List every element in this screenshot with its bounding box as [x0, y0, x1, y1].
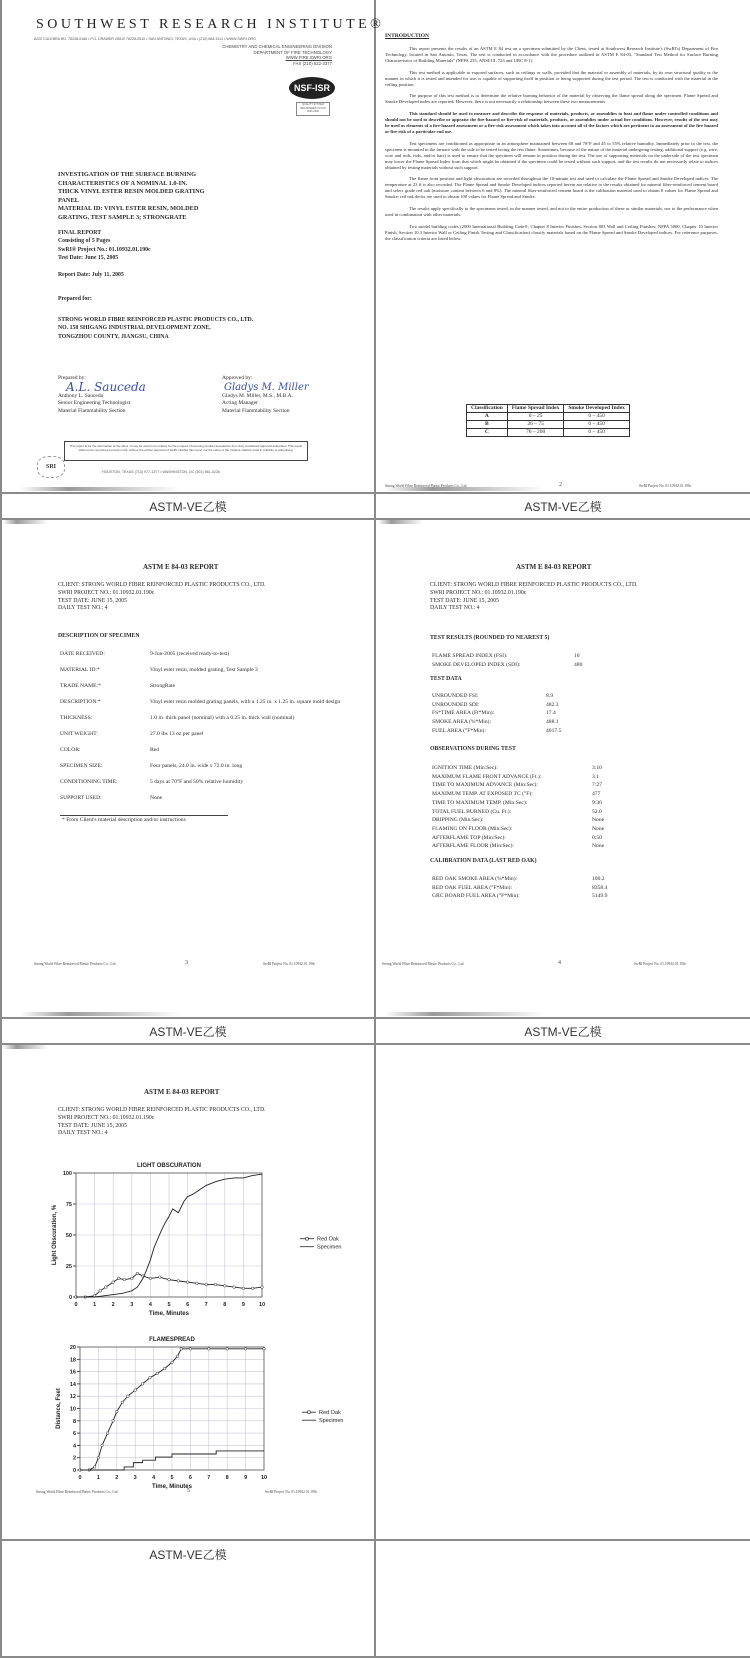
office-locations: HOUSTON, TEXAS (713) 977-1377 • WASHINGT… [102, 470, 220, 474]
header-line: CLIENT: STRONG WORLD FIBRE REINFORCED PL… [430, 582, 638, 590]
page-footer-right: SwRI Project No. 01.10932.01.190c [263, 962, 315, 966]
table-row: MAXIMUM FLAME FRONT ADVANCE (Ft.):3.1 [432, 774, 604, 781]
field-label: FLAME SPREAD INDEX (FSI): [432, 653, 572, 660]
approved-by-block: Approved by: Gladys M. Miller Gladys M. … [222, 375, 309, 415]
report-page-4[interactable]: ASTM E 84-03 REPORT CLIENT: STRONG WORLD… [376, 520, 750, 1016]
svg-text:3: 3 [134, 1475, 137, 1481]
field-value: 477 [592, 791, 604, 798]
section-heading: OBSERVATIONS DURING TEST [430, 746, 516, 753]
report-header: CLIENT: STRONG WORLD FIBRE REINFORCED PL… [58, 582, 266, 613]
client-line: TONGZHOU COUNTY, JIANGSU, CHINA [58, 333, 253, 341]
signer-name: Gladys M. Miller, M.S., M.B.A. [222, 393, 309, 400]
thumbnail-caption[interactable]: ASTM-VE乙模 [2, 1541, 374, 1569]
field-label: AFTERFLAME FLOOR (Min:Sec): [432, 843, 590, 850]
column-header: Classification [467, 405, 508, 413]
svg-text:10: 10 [261, 1475, 267, 1481]
info-line: Consisting of 5 Pages [58, 237, 151, 245]
svg-text:0: 0 [69, 1295, 72, 1301]
observations-table: IGNITION TIME (Min:Sec):3:10MAXIMUM FLAM… [430, 763, 606, 852]
title-line: THICK VINYL ESTER RESIN MOLDED GRATING [58, 188, 205, 197]
svg-text:50: 50 [66, 1233, 72, 1239]
field-label: MAXIMUM TEMP. AT EXPOSED TC (°F): [432, 791, 590, 798]
svg-text:7: 7 [205, 1302, 208, 1308]
field-label: DRIPPING (Min:Sec): [432, 817, 590, 824]
paragraph: The results apply specifically to the sp… [385, 206, 718, 218]
section-heading: TEST DATA [430, 676, 462, 683]
svg-text:Light Obscuration, %: Light Obscuration, % [52, 1204, 58, 1265]
signature: A.L. Sauceda [66, 384, 146, 391]
table-cell: B [467, 421, 508, 429]
svg-text:Time, Minutes: Time, Minutes [149, 1311, 190, 1317]
classification-table: Classification Flame Spread Index Smoke … [466, 404, 630, 437]
field-value: None [150, 795, 341, 809]
table-row: A 0 – 25 0 – 450 [467, 413, 630, 421]
page-footer-left: Strong World Fibre Reinforced Plastic Pr… [385, 484, 467, 488]
table-cell: 0 – 450 [564, 413, 630, 421]
thumbnail-caption[interactable]: ASTM-VE乙模 [376, 1018, 750, 1046]
svg-text:6: 6 [186, 1302, 189, 1308]
field-value: 9-Jun-2005 (received ready-to-test) [150, 651, 341, 665]
field-value: 10 [574, 653, 582, 660]
report-page-2[interactable]: INTRODUCTION This report presents the re… [376, 0, 750, 490]
fax: FAX (210) 522-3377 [222, 61, 332, 67]
thumbnail-caption[interactable]: ASTM-VE乙模 [376, 493, 750, 521]
svg-text:Specimen: Specimen [317, 1245, 341, 1251]
info-line: Test Date: June 15, 2005 [58, 254, 151, 262]
page-footer-right: SwRI Project No. 01.10932.01.190c [639, 484, 691, 488]
table-row: UNROUNDED FSI:8.9 [432, 693, 561, 700]
page-heading: ASTM E 84-03 REPORT [143, 563, 218, 572]
field-label: SMOKE DEVELOPED INDEX (SDI): [432, 662, 572, 669]
signer-title: Acting Manager [222, 400, 309, 407]
svg-text:FLAMESPREAD: FLAMESPREAD [149, 1337, 195, 1343]
field-label: CONDITIONING TIME: [60, 779, 148, 793]
field-value: None [592, 817, 604, 824]
table-row: DESCRIPTION:*Vinyl ester resin molded gr… [60, 699, 341, 713]
thumbnail-caption[interactable]: ASTM-VE乙模 [2, 493, 374, 521]
report-header: CLIENT: STRONG WORLD FIBRE REINFORCED PL… [58, 1107, 266, 1138]
field-value: 488.1 [546, 719, 561, 726]
svg-text:1: 1 [93, 1302, 96, 1308]
field-label: SUPPORT USED: [60, 795, 148, 809]
field-label: RED OAK FUEL AREA (°F*Min): [432, 885, 590, 892]
field-label: TOTAL FUEL BURNED (Cu. Ft.): [432, 809, 590, 816]
field-label: MAXIMUM FLAME FRONT ADVANCE (Ft.): [432, 774, 590, 781]
svg-text:0: 0 [78, 1475, 81, 1481]
column-header: Flame Spread Index [507, 405, 564, 413]
report-header: CLIENT: STRONG WORLD FIBRE REINFORCED PL… [430, 582, 638, 613]
intro-body: This report presents the results of an A… [385, 46, 718, 248]
table-row: FS*TIME AREA (Ft*Min):17.4 [432, 710, 561, 717]
table-cell: 0 – 25 [507, 413, 564, 421]
report-page-1[interactable]: SOUTHWEST RESEARCH INSTITUTE® 6220 CULEB… [2, 0, 374, 490]
svg-text:8: 8 [226, 1475, 229, 1481]
svg-text:75: 75 [66, 1202, 72, 1208]
svg-text:12: 12 [70, 1394, 76, 1400]
signature: Gladys M. Miller [224, 384, 309, 391]
table-row: AFTERFLAME TOP (Min:Sec):0:50 [432, 835, 604, 842]
table-cell: 0 – 450 [564, 429, 630, 437]
paragraph: Two model building codes (2000 Internati… [385, 224, 718, 242]
field-value: Vinyl ester resin, molded grating, Test … [150, 667, 341, 681]
field-value: 480 [574, 662, 582, 669]
table-row: MAXIMUM TEMP. AT EXPOSED TC (°F):477 [432, 791, 604, 798]
section-heading: INTRODUCTION [385, 33, 429, 40]
field-value: 17.4 [546, 710, 561, 717]
field-value: 100.2 [592, 876, 607, 883]
field-label: IGNITION TIME (Min:Sec): [432, 765, 590, 772]
field-label: DESCRIPTION:* [60, 699, 148, 713]
field-label: UNROUNDED SDI: [432, 702, 544, 709]
table-row: AFTERFLAME FLOOR (Min:Sec):None [432, 843, 604, 850]
title-line: MATERIAL ID: VINYL ESTER RESIN, MOLDED [58, 205, 205, 214]
flamespread-chart: FLAMESPREAD01234567891002468101214161820… [32, 1335, 352, 1505]
svg-text:2: 2 [115, 1475, 118, 1481]
footnote: * From Client's material description and… [62, 817, 186, 824]
field-value: 1.0 in. thick panel (nominal) with a 0.2… [150, 715, 341, 729]
section-heading: CALIBRATION DATA (LAST RED OAK) [430, 858, 537, 865]
calibration-table: RED OAK SMOKE AREA (%*Min):100.2RED OAK … [430, 874, 609, 902]
page-number: 2 [559, 482, 562, 490]
table-row: DATE RECEIVED:9-Jun-2005 (received ready… [60, 651, 341, 665]
svg-text:LIGHT OBSCURATION: LIGHT OBSCURATION [137, 1163, 201, 1169]
logo-subtext: QUALITY SYSTEM REGISTERED TO ISO 9001:20… [296, 102, 330, 116]
svg-text:Distance, Feet: Distance, Feet [56, 1388, 62, 1429]
field-value: 7:27 [592, 782, 604, 789]
paragraph: Test specimens are conditioned as approp… [385, 141, 718, 171]
table-row: GRC BOARD FUEL AREA (°F*Min):5149.9 [432, 893, 607, 900]
header-line: DAILY TEST NO.: 4 [58, 605, 266, 613]
table-header-row: Classification Flame Spread Index Smoke … [467, 405, 630, 413]
table-row: SPECIMEN SIZE:Four panels, 24.0 in. wide… [60, 763, 341, 777]
field-label: FLAMING ON FLOOR (Min:Sec): [432, 826, 590, 833]
field-label: AFTERFLAME TOP (Min:Sec): [432, 835, 590, 842]
svg-text:6: 6 [73, 1431, 76, 1437]
svg-text:9: 9 [244, 1475, 247, 1481]
svg-text:Red Oak: Red Oak [317, 1237, 339, 1243]
report-page-5[interactable]: ASTM E 84-03 REPORT CLIENT: STRONG WORLD… [2, 1045, 374, 1537]
table-row: TOTAL FUEL BURNED (Cu. Ft.):52.0 [432, 809, 604, 816]
prepared-for-label: Prepared for: [58, 296, 92, 303]
table-cell: C [467, 429, 508, 437]
table-row: COLOR:Red [60, 747, 341, 761]
header-line: TEST DATE: JUNE 15, 2005 [58, 1123, 266, 1131]
title-line: GRATING, TEST SAMPLE 3; STRONGRATE [58, 214, 205, 223]
prepared-by-block: Prepared by: A.L. Sauceda Anthony L. Sau… [58, 375, 146, 415]
field-value: None [592, 843, 604, 850]
field-value: 9:36 [592, 800, 604, 807]
info-line: FINAL REPORT [58, 229, 151, 237]
header-line: DAILY TEST NO.: 4 [58, 1130, 266, 1138]
svg-text:8: 8 [73, 1419, 76, 1425]
table-cell: 76 – 200 [507, 429, 564, 437]
org-address: 6220 CULEBRA RD. 78238-5166 • P.O. DRAWE… [34, 37, 256, 41]
table-row: FUEL AREA (°F*Min):4017.5 [432, 728, 561, 735]
field-label: THICKNESS: [60, 715, 148, 729]
svg-text:10: 10 [70, 1407, 76, 1413]
table-row: THICKNESS:1.0 in. thick panel (nominal) … [60, 715, 341, 729]
sri-logo-icon: SRI [37, 456, 65, 478]
column-header: Smoke Developed Index [564, 405, 630, 413]
page-heading: ASTM E 84-03 REPORT [144, 1088, 219, 1097]
table-row: C 76 – 200 0 – 450 [467, 429, 630, 437]
page-number: 5 [187, 1488, 190, 1496]
table-row: DRIPPING (Min:Sec):None [432, 817, 604, 824]
report-info: FINAL REPORT Consisting of 5 Pages SwRI®… [58, 229, 151, 262]
approved-by-label: Approved by: [222, 375, 309, 382]
field-label: UNIT WEIGHT: [60, 731, 148, 745]
header-line: SWRI PROJECT NO.: 01.10932.01.190c [430, 590, 638, 598]
table-cell: 0 – 450 [564, 421, 630, 429]
header-line: CLIENT: STRONG WORLD FIBRE REINFORCED PL… [58, 582, 266, 590]
field-label: TRADE NAME:* [60, 683, 148, 697]
field-label: COLOR: [60, 747, 148, 761]
page-footer-left: Strong World Fibre Reinforced Plastic Pr… [36, 1490, 118, 1494]
svg-text:8: 8 [223, 1302, 226, 1308]
light-obscuration-chart: LIGHT OBSCURATION0123456789100255075100T… [32, 1161, 352, 1321]
svg-text:16: 16 [70, 1370, 76, 1376]
svg-text:Red Oak: Red Oak [319, 1410, 341, 1416]
field-label: GRC BOARD FUEL AREA (°F*Min): [432, 893, 590, 900]
paragraph: The flame front position and light obscu… [385, 176, 718, 200]
svg-text:25: 25 [66, 1264, 72, 1270]
field-label: DATE RECEIVED: [60, 651, 148, 665]
paragraph: This standard should be used to measure … [385, 111, 718, 135]
field-value: 3:10 [592, 765, 604, 772]
report-page-3[interactable]: ASTM E 84-03 REPORT CLIENT: STRONG WORLD… [2, 520, 374, 1016]
field-value: 27.0 lbs 13 oz per panel [150, 731, 341, 745]
svg-text:0: 0 [73, 1468, 76, 1474]
svg-text:2: 2 [73, 1456, 76, 1462]
field-value: 3.1 [592, 774, 604, 781]
svg-text:7: 7 [207, 1475, 210, 1481]
nsf-isr-logo-icon: NSF-ISR [289, 77, 335, 99]
page-footer-left: Strong World Fibre Reinforced Plastic Pr… [382, 962, 464, 966]
svg-text:Specimen: Specimen [319, 1418, 343, 1424]
field-value: StrongRate [150, 683, 341, 697]
field-value: 482.3 [546, 702, 561, 709]
paragraph: This report presents the results of an A… [385, 46, 718, 64]
header-line: CLIENT: STRONG WORLD FIBRE REINFORCED PL… [58, 1107, 266, 1115]
page-footer-left: Strong World Fibre Reinforced Plastic Pr… [34, 962, 116, 966]
report-title: INVESTIGATION OF THE SURFACE BURNING CHA… [58, 171, 205, 223]
table-row: SMOKE DEVELOPED INDEX (SDI):480 [432, 662, 582, 669]
header-line: SWRI PROJECT NO.: 01.10932.01.190c [58, 1115, 266, 1123]
title-line: INVESTIGATION OF THE SURFACE BURNING [58, 171, 205, 180]
table-row: RED OAK FUEL AREA (°F*Min):8358.4 [432, 885, 607, 892]
field-value: 8358.4 [592, 885, 607, 892]
table-row: TIME TO MAXIMUM ADVANCE (Min:Sec):7:27 [432, 782, 604, 789]
table-row: TIME TO MAXIMUM TEMP. (Min:Sec):9:36 [432, 800, 604, 807]
svg-text:2: 2 [112, 1302, 115, 1308]
section-heading: TEST RESULTS (ROUNDED TO NEAREST 5) [430, 635, 549, 642]
field-value: 4017.5 [546, 728, 561, 735]
field-label: FS*TIME AREA (Ft*Min): [432, 710, 544, 717]
table-row: SUPPORT USED:None [60, 795, 341, 809]
org-title: SOUTHWEST RESEARCH INSTITUTE® [36, 16, 384, 34]
page-footer-right: SwRI Project No. 01.10932.01.190c [265, 1490, 317, 1494]
svg-text:4: 4 [152, 1475, 156, 1481]
signer-title: Senior Engineering Technologist [58, 400, 146, 407]
table-row: SMOKE AREA (%*Min):488.1 [432, 719, 561, 726]
svg-text:0: 0 [74, 1302, 77, 1308]
info-line: SwRI® Project No.: 01.10932.01.190c [58, 246, 151, 254]
table-cell: 26 – 75 [507, 421, 564, 429]
report-date: Report Date: July 11, 2005 [58, 272, 124, 279]
field-value: 5 days at 70°F and 50% relative humidity [150, 779, 341, 793]
field-label: TIME TO MAXIMUM TEMP. (Min:Sec): [432, 800, 590, 807]
paragraph: This test method is applicable to expose… [385, 70, 718, 88]
svg-text:14: 14 [70, 1382, 77, 1388]
field-value: Red [150, 747, 341, 761]
test-results-table: FLAME SPREAD INDEX (FSI):10SMOKE DEVELOP… [430, 651, 584, 670]
field-value: 0:50 [592, 835, 604, 842]
table-cell: A [467, 413, 508, 421]
field-label: FUEL AREA (°F*Min): [432, 728, 544, 735]
svg-text:4: 4 [149, 1302, 153, 1308]
title-line: CHARACTERISTICS OF A NOMINAL 1.0-IN. [58, 180, 205, 189]
header-line: TEST DATE: JUNE 15, 2005 [58, 598, 266, 606]
test-data-table: UNROUNDED FSI:8.9UNROUNDED SDI:482.3FS*T… [430, 691, 563, 737]
page-number: 3 [185, 960, 188, 968]
org-department: CHEMISTRY AND CHEMICAL ENGINEERING DIVIS… [222, 44, 332, 66]
svg-text:4: 4 [73, 1443, 77, 1449]
client-line: NO. 158 SHIGANG INDUSTRIAL DEVELOPMENT Z… [58, 324, 253, 332]
header-line: TEST DATE: JUNE 15, 2005 [430, 598, 638, 606]
disclaimer-box: This report is for the information of th… [64, 441, 308, 461]
thumbnail-caption[interactable]: ASTM-VE乙模 [2, 1018, 374, 1046]
title-line: PANEL [58, 197, 205, 206]
table-row: B 26 – 75 0 – 450 [467, 421, 630, 429]
page-number: 4 [558, 960, 561, 968]
page-footer-right: SwRI Project No. 01.10932.01.190c [634, 962, 686, 966]
field-label: SPECIMEN SIZE: [60, 763, 148, 777]
svg-text:6: 6 [189, 1475, 192, 1481]
svg-text:18: 18 [70, 1357, 76, 1363]
field-value: Four panels, 24.0 in. wide x 72.0 in. lo… [150, 763, 341, 777]
header-line: DAILY TEST NO.: 4 [430, 605, 638, 613]
document-gallery: ASTM-VE乙模 ASTM-VE乙模 ASTM-VE乙模 ASTM-VE乙模 … [0, 0, 750, 1658]
svg-text:10: 10 [259, 1302, 265, 1308]
table-row: UNIT WEIGHT:27.0 lbs 13 oz per panel [60, 731, 341, 745]
field-value: Vinyl ester resin molded grating panels,… [150, 699, 341, 713]
client-address: STRONG WORLD FIBRE REINFORCED PLASTIC PR… [58, 316, 253, 341]
table-row: FLAMING ON FLOOR (Min:Sec):None [432, 826, 604, 833]
signer-section: Material Flammability Section [58, 408, 146, 415]
svg-text:100: 100 [63, 1171, 72, 1177]
table-row: TRADE NAME:*StrongRate [60, 683, 341, 697]
specimen-description-table: DATE RECEIVED:9-Jun-2005 (received ready… [58, 649, 343, 811]
table-row: MATERIAL ID:*Vinyl ester resin, molded g… [60, 667, 341, 681]
table-row: IGNITION TIME (Min:Sec):3:10 [432, 765, 604, 772]
field-value: 5149.9 [592, 893, 607, 900]
paragraph: The purpose of this test method is to de… [385, 93, 718, 105]
table-row: RED OAK SMOKE AREA (%*Min):100.2 [432, 876, 607, 883]
field-value: 52.0 [592, 809, 604, 816]
field-label: UNROUNDED FSI: [432, 693, 544, 700]
header-line: SWRI PROJECT NO.: 01.10932.01.190c [58, 590, 266, 598]
svg-text:3: 3 [130, 1302, 133, 1308]
field-label: TIME TO MAXIMUM ADVANCE (Min:Sec): [432, 782, 590, 789]
signer-section: Material Flammability Section [222, 408, 309, 415]
svg-text:5: 5 [170, 1475, 173, 1481]
svg-text:5: 5 [167, 1302, 170, 1308]
section-heading: DESCRIPTION OF SPECIMEN [58, 633, 140, 640]
field-value: 8.9 [546, 693, 561, 700]
table-row: UNROUNDED SDI:482.3 [432, 702, 561, 709]
client-line: STRONG WORLD FIBRE REINFORCED PLASTIC PR… [58, 316, 253, 324]
table-row: CONDITIONING TIME:5 days at 70°F and 50%… [60, 779, 341, 793]
svg-text:9: 9 [242, 1302, 245, 1308]
svg-text:20: 20 [70, 1345, 76, 1351]
page-heading: ASTM E 84-03 REPORT [516, 563, 591, 572]
division: CHEMISTRY AND CHEMICAL ENGINEERING DIVIS… [222, 44, 332, 50]
field-label: MATERIAL ID:* [60, 667, 148, 681]
rule [60, 815, 228, 816]
field-label: RED OAK SMOKE AREA (%*Min): [432, 876, 590, 883]
svg-text:1: 1 [97, 1475, 100, 1481]
empty-thumbnail-slot [376, 1045, 750, 1539]
field-value: None [592, 826, 604, 833]
table-row: FLAME SPREAD INDEX (FSI):10 [432, 653, 582, 660]
field-label: SMOKE AREA (%*Min): [432, 719, 544, 726]
